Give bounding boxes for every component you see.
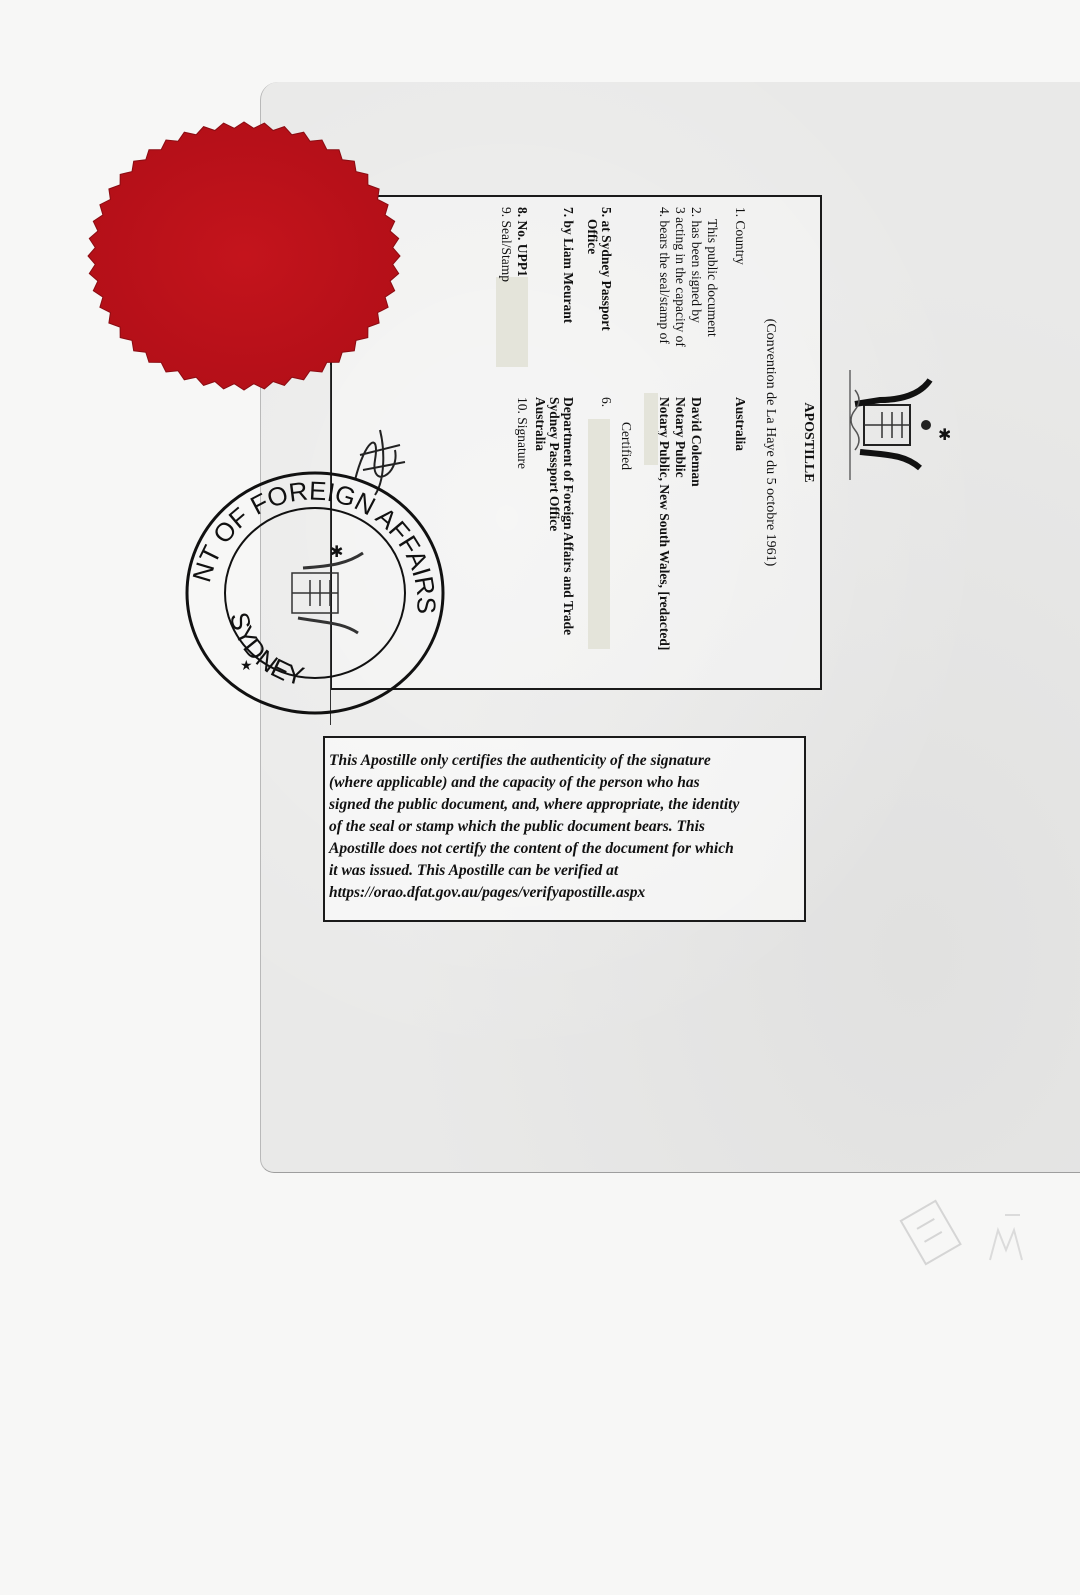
field-place-label-2: Office (584, 219, 600, 254)
notice-line: of the seal or stamp which the public do… (329, 816, 800, 838)
svg-text:✱: ✱ (330, 544, 343, 561)
apostille-title: APOSTILLE (800, 197, 816, 688)
svg-text:SYDNEY: SYDNEY (212, 603, 316, 691)
notice-line: Apostille does not certify the content o… (329, 838, 800, 860)
certified-heading: Certified (618, 422, 634, 470)
redaction-number (496, 277, 528, 367)
field-signed-by-label: 2. has been signed by (688, 207, 704, 323)
field-public-document-label: This public document (704, 219, 720, 337)
notice-line: signed the public document, and, where a… (329, 794, 800, 816)
field-capacity-value: Notary Public (672, 397, 688, 478)
redaction-patch (644, 393, 658, 465)
authority-line-3: Australia (532, 397, 548, 451)
field-number-label: 8. No. UPP1 (514, 207, 530, 277)
svg-text:★: ★ (240, 659, 253, 674)
dfat-stamp-icon: DEPARTMENT OF FOREIGN AFFAIRS AND TRADE … (180, 465, 450, 720)
field-signed-by-value: David Coleman (688, 397, 704, 487)
apostille-notice: This Apostille only certifies the authen… (323, 736, 806, 922)
field-seal-stamp-label: 9. Seal/Stamp (498, 207, 514, 282)
field-by-label: 7. by Liam Meurant (560, 207, 576, 323)
notice-line: (where applicable) and the capacity of t… (329, 772, 800, 794)
coat-of-arms-icon: ✱ (830, 360, 950, 505)
apostille-subtitle: (Convention de La Haye du 5 octobre 1961… (762, 197, 778, 688)
field-signature-label: 10. Signature (514, 397, 530, 469)
field-country-label: 1. Country (732, 207, 748, 265)
field-place-label: 5. at Sydney Passport (598, 207, 614, 331)
authority-line-2: Sydney Passport Office (546, 397, 562, 531)
authority-line-1: Department of Foreign Affairs and Trade (560, 397, 576, 635)
field-seal-label: 4. bears the seal/stamp of (656, 207, 672, 344)
field-country-value: Australia (732, 397, 748, 451)
field-seal-value: Notary Public, New South Wales, [redacte… (656, 397, 672, 650)
field-date-label: 6. (598, 397, 614, 407)
embossed-mark (895, 1180, 1055, 1280)
notice-line: This Apostille only certifies the authen… (329, 750, 800, 772)
svg-text:✱: ✱ (938, 425, 950, 444)
redaction-date (588, 419, 610, 649)
red-wafer-seal-icon (86, 120, 402, 392)
notice-line: it was issued. This Apostille can be ver… (329, 860, 800, 882)
svg-text:DEPARTMENT OF FOREIGN AFFAIRS: DEPARTMENT OF FOREIGN AFFAIRS AND TRADE (180, 465, 450, 633)
verify-url[interactable]: https://orao.dfat.gov.au/pages/verifyapo… (329, 882, 800, 904)
field-capacity-label: 3 acting in the capacity of (672, 207, 688, 347)
